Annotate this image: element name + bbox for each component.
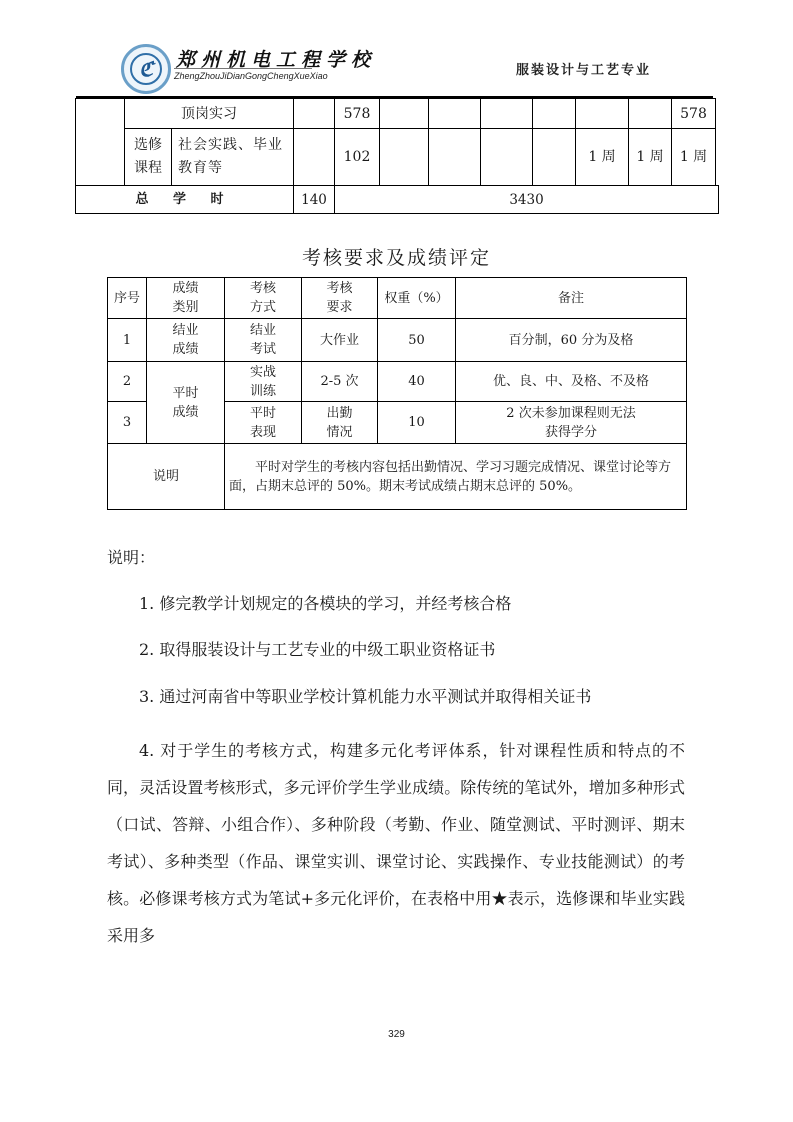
explanation-item: 4. 对于学生的考核方式，构建多元化考评体系，针对课程性质和特点的不同，灵活设置… bbox=[107, 732, 685, 954]
cell: 2 次未参加课程则无法获得学分 bbox=[456, 402, 687, 444]
course-name: 顶岗实习 bbox=[125, 99, 294, 129]
cell bbox=[429, 99, 481, 129]
cell: 结业考试 bbox=[225, 319, 302, 362]
table-header-row: 序号 成绩类别 考核方式 考核要求 权重（%） 备注 bbox=[108, 278, 687, 319]
total-label: 总 学 时 bbox=[76, 186, 294, 214]
cell: 578 bbox=[335, 99, 380, 129]
cell bbox=[294, 99, 335, 129]
cell bbox=[576, 99, 629, 129]
cell: 1 bbox=[108, 319, 147, 362]
header-cell: 考核要求 bbox=[302, 278, 378, 319]
explanation-item: 3. 通过河南省中等职业学校计算机能力水平测试并取得相关证书 bbox=[107, 678, 685, 715]
cell: 结业成绩 bbox=[147, 319, 225, 362]
cell bbox=[533, 129, 576, 186]
cell: 102 bbox=[335, 129, 380, 186]
note-text: 平时对学生的考核内容包括出勤情况、学习习题完成情况、课堂讨论等方面，占期末总评的… bbox=[225, 444, 687, 510]
cell: 出勤情况 bbox=[302, 402, 378, 444]
cell: 10 bbox=[378, 402, 456, 444]
header-cell: 备注 bbox=[456, 278, 687, 319]
cell: 优、良、中、及格、不及格 bbox=[456, 362, 687, 402]
table-row: 1 结业成绩 结业考试 大作业 50 百分制，60 分为及格 bbox=[108, 319, 687, 362]
cell: 1 周 bbox=[576, 129, 629, 186]
cell: 实战训练 bbox=[225, 362, 302, 402]
school-name-en: ZhengZhouJiDianGongChengXueXiao bbox=[174, 71, 328, 81]
cell bbox=[629, 99, 672, 129]
total-value-2: 3430 bbox=[335, 186, 719, 214]
cell: 40 bbox=[378, 362, 456, 402]
major-title: 服装设计与工艺专业 bbox=[516, 59, 651, 78]
table-row: 选修课程 社会实践、毕业教育等 102 1 周 1 周 1 周 bbox=[76, 129, 716, 186]
cell: 2-5 次 bbox=[302, 362, 378, 402]
cell: 大作业 bbox=[302, 319, 378, 362]
cell bbox=[380, 129, 429, 186]
cell: 百分制，60 分为及格 bbox=[456, 319, 687, 362]
assessment-title: 考核要求及成绩评定 bbox=[0, 243, 793, 270]
cell: 1 周 bbox=[629, 129, 672, 186]
cell: 平时成绩 bbox=[147, 362, 225, 444]
cell bbox=[380, 99, 429, 129]
table-row: 说明 平时对学生的考核内容包括出勤情况、学习习题完成情况、课堂讨论等方面，占期末… bbox=[108, 444, 687, 510]
group-cell bbox=[76, 99, 125, 186]
header-cell: 考核方式 bbox=[225, 278, 302, 319]
header-cell: 权重（%） bbox=[378, 278, 456, 319]
school-name-divider bbox=[174, 68, 312, 69]
explanation-heading: 说明： bbox=[107, 548, 685, 568]
cell bbox=[429, 129, 481, 186]
note-label: 说明 bbox=[108, 444, 225, 510]
table-row: 2 平时成绩 实战训练 2-5 次 40 优、良、中、及格、不及格 bbox=[108, 362, 687, 402]
cell bbox=[481, 99, 533, 129]
explanation-item: 2. 取得服装设计与工艺专业的中级工职业资格证书 bbox=[107, 640, 685, 660]
table-row: 顶岗实习 578 578 bbox=[76, 99, 716, 129]
cell bbox=[533, 99, 576, 129]
header-cell: 成绩类别 bbox=[147, 278, 225, 319]
cell: 2 bbox=[108, 362, 147, 402]
subgroup-label: 选修课程 bbox=[125, 129, 172, 186]
cell bbox=[294, 129, 335, 186]
header-cell: 序号 bbox=[108, 278, 147, 319]
course-name: 社会实践、毕业教育等 bbox=[172, 129, 294, 186]
cell: 平时表现 bbox=[225, 402, 302, 444]
cell: 1 周 bbox=[672, 129, 716, 186]
total-value-1: 140 bbox=[294, 186, 335, 214]
cell: 3 bbox=[108, 402, 147, 444]
explanation-item: 1. 修完教学计划规定的各模块的学习，并经考核合格 bbox=[107, 594, 685, 614]
page-number: 329 bbox=[0, 1029, 793, 1040]
cell: 578 bbox=[672, 99, 716, 129]
course-hours-table: 顶岗实习 578 578 选修课程 社会实践、毕业教育等 102 1 周 1 周… bbox=[75, 98, 716, 186]
total-hours-row: 总 学 时 140 3430 bbox=[75, 185, 719, 214]
school-emblem-icon: ℭ bbox=[121, 44, 171, 94]
cell: 50 bbox=[378, 319, 456, 362]
assessment-table: 序号 成绩类别 考核方式 考核要求 权重（%） 备注 1 结业成绩 结业考试 大… bbox=[107, 277, 687, 510]
cell bbox=[481, 129, 533, 186]
